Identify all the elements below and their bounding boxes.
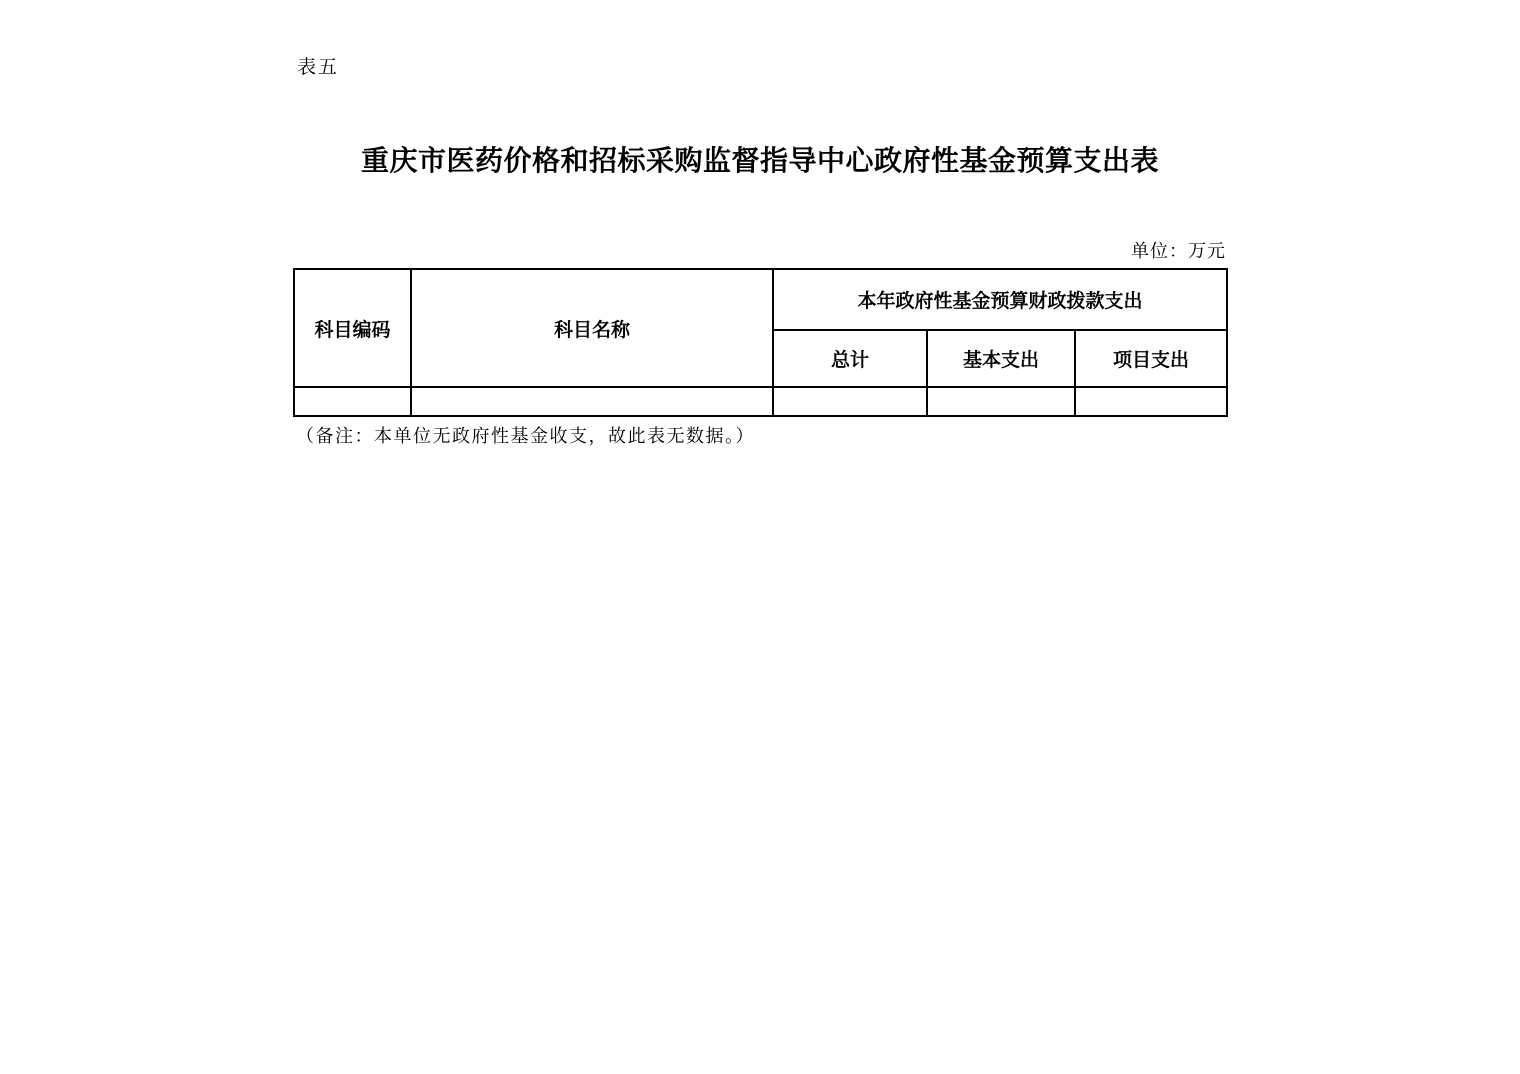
header-subject-code: 科目编码 — [294, 269, 411, 387]
header-total: 总计 — [773, 330, 927, 387]
header-basic-expenditure: 基本支出 — [927, 330, 1075, 387]
document-title: 重庆市医药价格和招标采购监督指导中心政府性基金预算支出表 — [0, 139, 1520, 179]
document-page: 表五 重庆市医药价格和招标采购监督指导中心政府性基金预算支出表 单位：万元 科目… — [0, 0, 1520, 1074]
table-number-label: 表五 — [297, 52, 339, 79]
header-project-expenditure: 项目支出 — [1075, 330, 1227, 387]
cell-project-expenditure — [1075, 387, 1227, 416]
empty-data-row — [294, 387, 1227, 416]
cell-subject-code — [294, 387, 411, 416]
cell-basic-expenditure — [927, 387, 1075, 416]
header-subject-name: 科目名称 — [411, 269, 773, 387]
cell-total — [773, 387, 927, 416]
unit-label: 单位：万元 — [293, 237, 1226, 263]
cell-subject-name — [411, 387, 773, 416]
header-fund-budget-group: 本年政府性基金预算财政拨款支出 — [773, 269, 1227, 330]
footnote: （备注：本单位无政府性基金收支，故此表无数据。） — [296, 422, 755, 448]
header-row-1: 科目编码 科目名称 本年政府性基金预算财政拨款支出 — [294, 269, 1227, 330]
budget-expenditure-table: 科目编码 科目名称 本年政府性基金预算财政拨款支出 总计 基本支出 项目支出 — [293, 268, 1228, 417]
